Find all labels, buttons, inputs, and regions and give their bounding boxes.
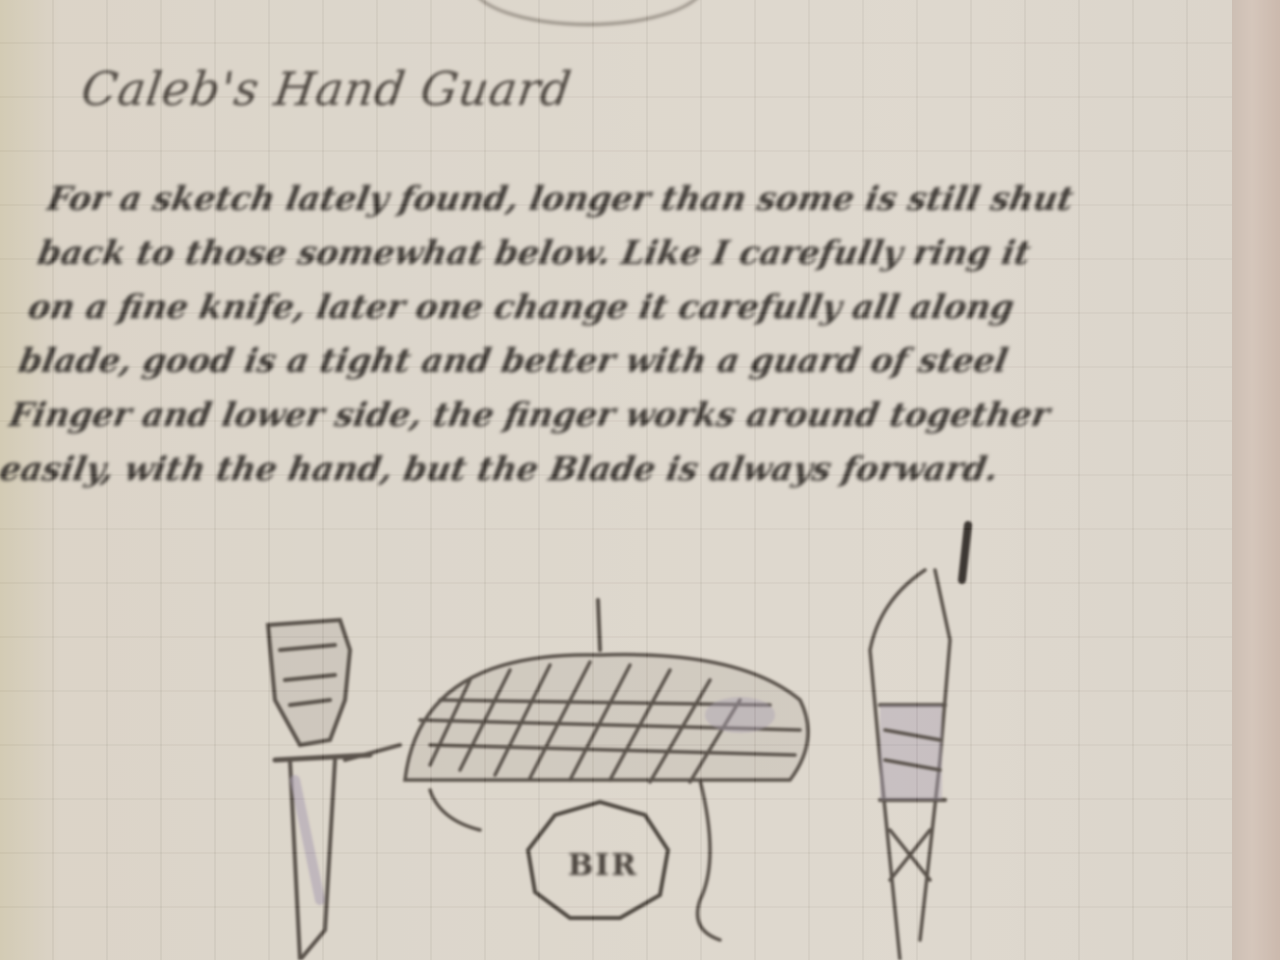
page-edge: [1232, 0, 1280, 960]
long-blade-sketch: [870, 525, 968, 960]
crosshatched-guard-sketch: [405, 600, 808, 940]
sketch-illustrations: [0, 0, 1232, 960]
manuscript-page: Caleb's Hand Guard For a sketch lately f…: [0, 0, 1232, 960]
stamp-label: BIR: [548, 848, 658, 883]
dagger-sketch: [268, 620, 400, 960]
